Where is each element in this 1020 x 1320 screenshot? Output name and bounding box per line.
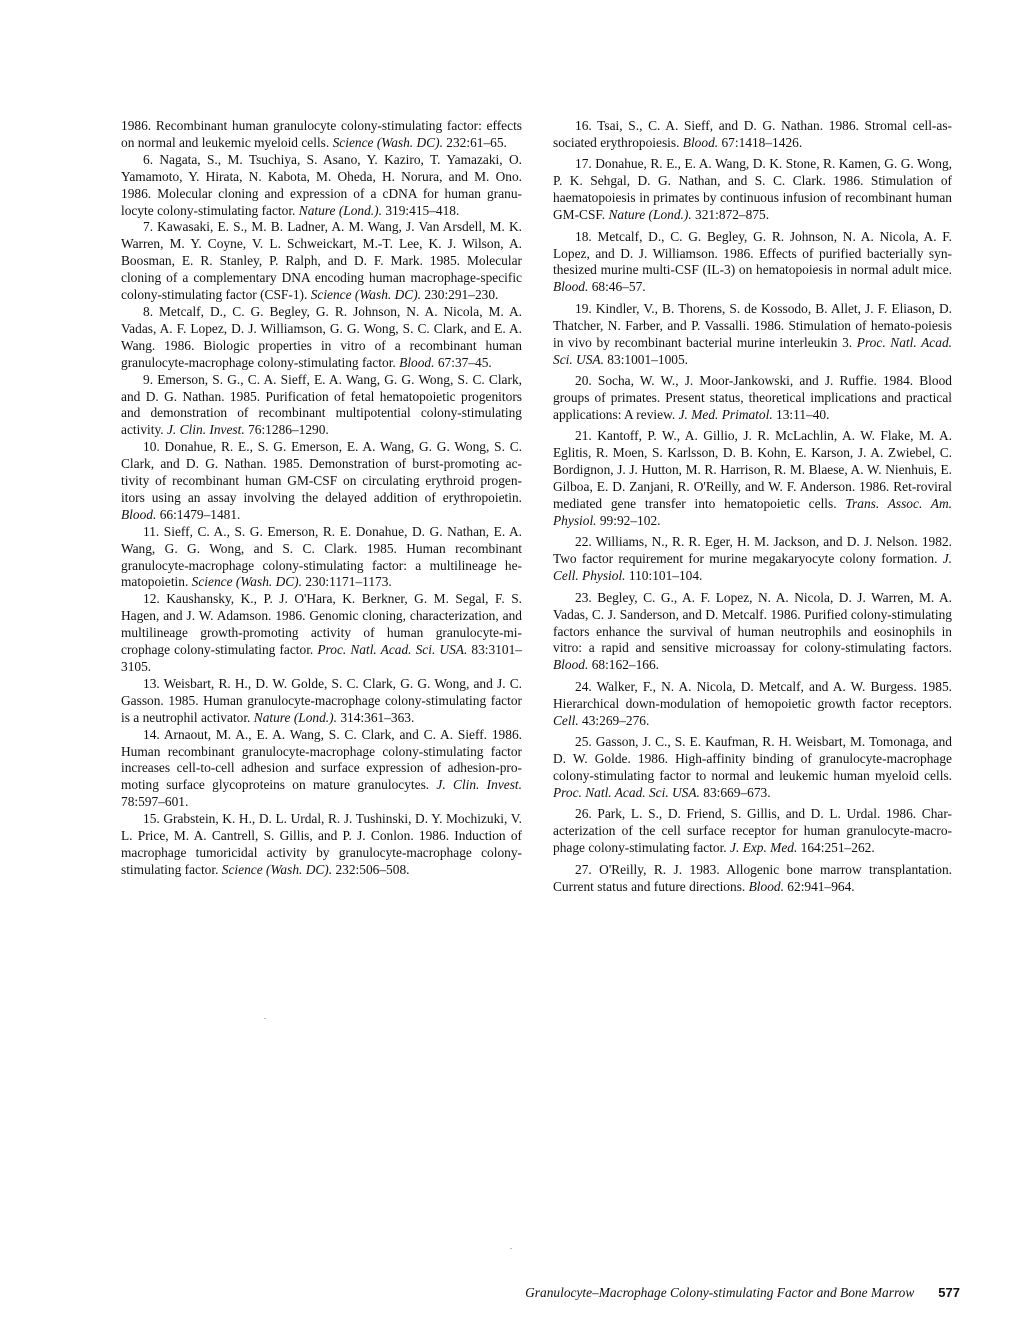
reference-7: 7. Kawasaki, E. S., M. B. Ladner, A. M. … <box>121 219 522 304</box>
journal-name: Science (Wash. DC). <box>333 135 443 150</box>
running-title: Granulocyte–Macrophage Colony-stimulatin… <box>525 1285 914 1301</box>
journal-name: J. Clin. Invest. <box>436 777 522 792</box>
reference-5-continued: 1986. Recombinant human granulocyte colo… <box>121 118 522 152</box>
journal-name: Science (Wash. DC). <box>192 574 302 589</box>
reference-23: 23. Begley, C. G., A. F. Lopez, N. A. Ni… <box>553 590 952 675</box>
journal-name: Nature (Lond.). <box>299 203 382 218</box>
reference-22: 22. Williams, N., R. R. Eger, H. M. Jack… <box>553 534 952 585</box>
journal-name: Proc. Natl. Acad. Sci. USA. <box>553 785 700 800</box>
journal-name: Blood. <box>683 135 718 150</box>
journal-name: Blood. <box>553 279 588 294</box>
reference-19: 19. Kindler, V., B. Thorens, S. de Kosso… <box>553 301 952 369</box>
journal-name: Blood. <box>749 879 784 894</box>
journal-name: J. Clin. Invest. <box>167 422 245 437</box>
reference-11: 11. Sieff, C. A., S. G. Emerson, R. E. D… <box>121 524 522 592</box>
page-footer: Granulocyte–Macrophage Colony-stimulatin… <box>500 1285 960 1301</box>
reference-10: 10. Donahue, R. E., S. G. Emerson, E. A.… <box>121 439 522 524</box>
journal-name: Blood. <box>399 355 434 370</box>
journal-name: Cell. <box>553 713 579 728</box>
journal-name: J. Exp. Med. <box>730 840 797 855</box>
scan-speck <box>510 1248 512 1249</box>
reference-6: 6. Nagata, S., M. Tsuchiya, S. Asano, Y.… <box>121 152 522 220</box>
journal-name: Science (Wash. DC). <box>222 862 332 877</box>
reference-16: 16. Tsai, S., C. A. Sieff, and D. G. Nat… <box>553 118 952 152</box>
journal-name: Science (Wash. DC). <box>311 287 421 302</box>
journal-name: Blood. <box>553 657 588 672</box>
reference-20: 20. Socha, W. W., J. Moor-Jankowski, and… <box>553 373 952 424</box>
reference-12: 12. Kaushansky, K., P. J. O'Hara, K. Ber… <box>121 591 522 676</box>
page-number: 577 <box>938 1285 960 1300</box>
journal-name: Blood. <box>121 507 156 522</box>
reference-27: 27. O'Reilly, R. J. 1983. Allogenic bone… <box>553 862 952 896</box>
reference-list-right-column: 16. Tsai, S., C. A. Sieff, and D. G. Nat… <box>553 118 952 900</box>
reference-18: 18. Metcalf, D., C. G. Begley, G. R. Joh… <box>553 229 952 297</box>
reference-9: 9. Emerson, S. G., C. A. Sieff, E. A. Wa… <box>121 372 522 440</box>
journal-name: Nature (Lond.). <box>608 207 691 222</box>
reference-26: 26. Park, L. S., D. Friend, S. Gillis, a… <box>553 806 952 857</box>
reference-list-left-column: 1986. Recombinant human granulocyte colo… <box>121 118 522 879</box>
journal-name: J. Med. Primatol. <box>679 407 773 422</box>
journal-name: Nature (Lond.). <box>254 710 337 725</box>
reference-13: 13. Weisbart, R. H., D. W. Golde, S. C. … <box>121 676 522 727</box>
reference-14: 14. Arnaout, M. A., E. A. Wang, S. C. Cl… <box>121 727 522 812</box>
reference-17: 17. Donahue, R. E., E. A. Wang, D. K. St… <box>553 156 952 224</box>
scan-speck <box>264 1018 266 1019</box>
reference-24: 24. Walker, F., N. A. Nicola, D. Metcalf… <box>553 679 952 730</box>
reference-25: 25. Gasson, J. C., S. E. Kaufman, R. H. … <box>553 734 952 802</box>
reference-8: 8. Metcalf, D., C. G. Begley, G. R. John… <box>121 304 522 372</box>
reference-15: 15. Grabstein, K. H., D. L. Urdal, R. J.… <box>121 811 522 879</box>
reference-21: 21. Kantoff, P. W., A. Gillio, J. R. McL… <box>553 428 952 529</box>
journal-name: Proc. Natl. Acad. Sci. USA. <box>317 642 467 657</box>
